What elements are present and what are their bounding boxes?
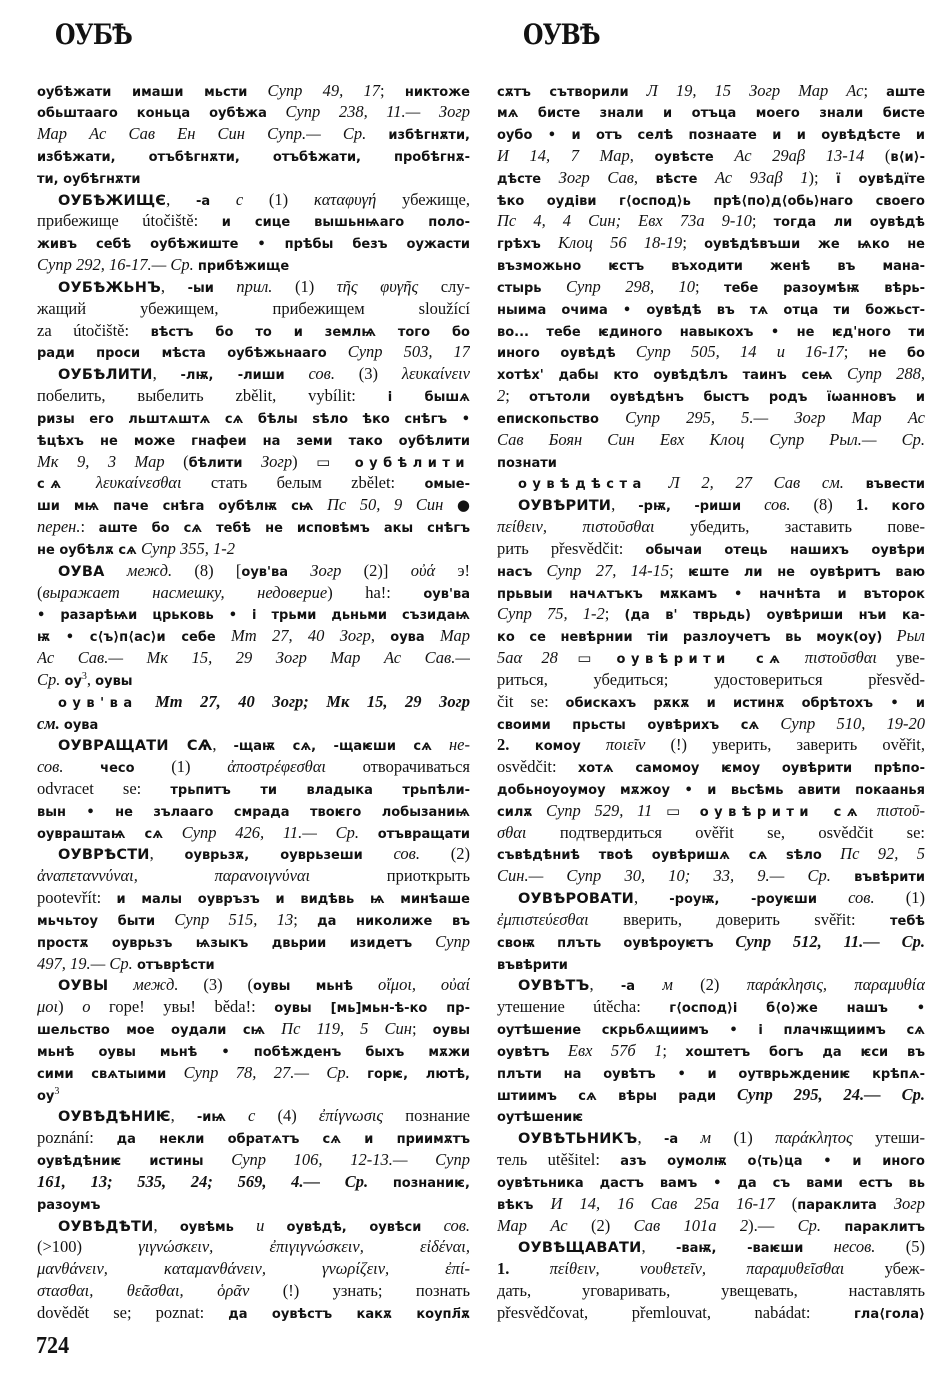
text-line: ОУБѢЖИЩЄ, -а с (1) καταφυγή убежище,: [37, 189, 470, 211]
gloss-text: (1): [272, 277, 336, 296]
gloss-text: (4): [255, 1106, 318, 1125]
gloss-text: odvracet se:: [37, 779, 170, 798]
text-line: ОУБѢЛИТИ, -лѭ, -лиши сов. (3) λευκαίνειν: [37, 363, 470, 385]
headword: ОУВѢДѢНИѤ: [58, 1109, 171, 1125]
slavonic-text: простѫ оуврьзъ ѩзыкъ двьрии изидетъ: [37, 936, 412, 951]
text-line: Мар Ас Сав Ен Син Супр.— Ср. избѣгнѫти,: [37, 123, 470, 145]
slavonic-text: азъ оумолѭ о⟨ть⟩ца • и иного: [620, 1154, 925, 1169]
source-siglum: Клоц 56 18-19: [541, 233, 682, 252]
slavonic-text: епископьство: [497, 412, 599, 427]
text-line: сѫтъ сътворили Л 19, 15 Зогр Мар Ас; ашт…: [497, 80, 925, 102]
slavonic-text: -а: [664, 1132, 678, 1147]
text-line: za útočiště: вѣстъ бо то и землѩ того бо: [37, 320, 470, 342]
text-line: Супр 292, 16-17.— Ср. прибѣжище: [37, 254, 470, 276]
source-siglum: Сав Боян Син Евх Клоц Супр Рыл.— Ср.: [497, 430, 925, 449]
slavonic-text: горѥ, лютѣ,: [367, 1067, 470, 1082]
text-line: 1. πείθειν, νουθετεῖν, παραμυθεῖσθαι убе…: [497, 1258, 925, 1280]
slavonic-text: вѣкъ: [497, 1198, 533, 1213]
gloss-text: слу-: [418, 277, 470, 296]
slavonic-text: ныима очима • оувѣдѣ въ тѧ отца ти божьс…: [497, 303, 925, 318]
slavonic-text: оувѣдѣниѥ истины: [37, 1154, 204, 1169]
source-siglum: Л 2, 27 Сав см.: [647, 473, 866, 492]
gloss-text: ,: [150, 844, 185, 863]
slavonic-text: чесо: [100, 761, 134, 776]
headword: ОУВА: [58, 564, 105, 580]
text-line: 5аα 28 ▭ оувѣрити сѧ πιστοῦσθαι уве-: [497, 647, 925, 669]
slavonic-text: -лѭ, -лиши: [181, 368, 285, 383]
text-line: πείθειν, πιστοῦσθαι убедить, заставить п…: [497, 516, 925, 538]
text-line: ѣко оудіви г⟨оспод⟩ь прѣ⟨по⟩д⟨обь⟩наго с…: [497, 189, 925, 211]
headword: ОУБѢЖЬНЪ: [58, 280, 161, 296]
source-siglum: Супр 355, 1-2: [137, 539, 235, 558]
slavonic-text: хоштетъ богъ да ѥси въ: [685, 1045, 925, 1060]
slavonic-text: аште бо сѧ тебѣ не исповѣмъ акы снѣгъ: [99, 521, 470, 536]
slavonic-text: не оубѣлѫ сѧ: [37, 543, 137, 558]
headword: ОУВѢЩАВАТИ: [518, 1240, 642, 1256]
slavonic-text: оувѣтьника дастъ вамъ • да съ вами естъ …: [497, 1176, 925, 1191]
source-siglum: Сав 101а 2: [634, 1216, 749, 1235]
bold-italic-reference: Супр 512, 11.— Ср.: [714, 932, 925, 951]
slavonic-text: стырь: [497, 281, 542, 296]
gloss-text: (8): [791, 495, 856, 514]
source-siglum: Зогр: [877, 1194, 925, 1213]
text-line: odvracet se: трьпитъ ти владыка трьпѣли-: [37, 778, 470, 800]
slavonic-text: ризы его льштѧштѧ сѧ бѣлы ѕѣло ѣко снѣгъ…: [37, 412, 470, 427]
gloss-text: ;: [844, 342, 869, 361]
source-siglum: 2: [497, 386, 505, 405]
source-siglum: 5аα 28: [497, 648, 577, 667]
slavonic-text: познати: [497, 456, 557, 471]
source-siglum: Зогр: [288, 561, 341, 580]
slavonic-text: прьвыи начѧтъкъ мѫкамъ • начнѣта и вътор…: [497, 587, 925, 602]
gloss-text: ,: [634, 888, 669, 907]
gloss-text: ,: [642, 1237, 676, 1256]
source-siglum: Супр: [412, 932, 470, 951]
slavonic-text: ѥште ли не оувѣритъ ваю: [688, 565, 925, 580]
gloss-text: ,: [87, 670, 95, 689]
greek-equivalent: πείθειν, νουθετεῖν, παραμυθεῖσθαι: [509, 1259, 844, 1278]
slavonic-text: сѫтъ сътворили: [497, 85, 629, 100]
gloss-text: osvědčit:: [497, 757, 578, 776]
slavonic-text: ти, оубѣгнѫти: [37, 172, 141, 187]
slavonic-text: • разарѣѩи црьковь • і трьми дьньми съзи…: [37, 608, 470, 623]
slavonic-text: иного оувѣдѣ: [497, 346, 616, 361]
text-line: оув'ва Мт 27, 40 Зогр; Мк 15, 29 Зогр: [37, 691, 470, 713]
slavonic-text: грѣхъ: [497, 237, 541, 252]
greek-equivalent: παράκλησις, παραμυθία: [747, 975, 925, 994]
slavonic-text: оувы мьнѣ: [253, 979, 353, 994]
slavonic-text: и малы оувръзъ и видѣвь ѩ минѣаше: [117, 892, 471, 907]
slavonic-text: штиимъ сѧ вѣры ради: [497, 1089, 716, 1104]
headword: ОУВРѢСТИ: [58, 847, 150, 863]
text-line: вѣкъ И 14, 16 Сав 25а 16-17 (параклита З…: [497, 1193, 925, 1215]
source-siglum: Евх 57б 1: [550, 1041, 663, 1060]
slavonic-text: вын • не зълааго смрада твоѥго лобызаниѩ: [37, 805, 470, 820]
text-line: ти, оубѣгнѫти: [37, 167, 470, 189]
slavonic-text: оувѣмь: [180, 1220, 234, 1235]
text-line: ѣцѣхъ не може гнафеи на земи тако оубѣли…: [37, 429, 470, 451]
source-siglum: Супр 505, 14 и 16-17: [616, 342, 844, 361]
gloss-text: ,: [589, 975, 620, 994]
gloss-text: (1): [875, 888, 925, 907]
text-line: μοι) о горе! увы! běda!: оувы [мь]мьн-ѣ-…: [37, 996, 470, 1018]
text-line: плъти на оувѣтъ • и оутврьждениѥ крѣпѧ-: [497, 1062, 925, 1084]
text-line: ко се невѣрнии тіи разлоучетъ вь моук(оу…: [497, 625, 925, 647]
gloss-text: рить přesvědčit:: [497, 539, 645, 558]
slavonic-text: оувы: [95, 674, 132, 689]
text-line: оувѣдѣста Л 2, 27 Сав см. въвести: [497, 472, 925, 494]
gloss-text: (: [165, 452, 189, 471]
text-line: мѧ бисте знали и отъца моего знали бисте: [497, 101, 925, 123]
gloss-text: ,: [371, 626, 390, 645]
slavonic-text: гла⟨гола⟩: [854, 1307, 925, 1322]
text-line: ОУВѢЩАВАТИ, -ваѭ, -ваѥши несов. (5): [497, 1236, 925, 1258]
slavonic-text: комоу: [509, 739, 580, 754]
bold-italic-reference: Мт 27, 40 Зогр; Мк 15, 29 Зогр: [138, 692, 470, 711]
text-line: ОУВѢДѢНИѤ, -иѩ с (4) ἐπίγνωσις познание: [37, 1105, 470, 1127]
greek-equivalent: πιστοῦ-: [863, 801, 925, 820]
gloss-text: (2)]: [341, 561, 410, 580]
source-siglum: сов.: [741, 495, 790, 514]
source-siglum: Супр 426, 11.— Ср.: [163, 823, 378, 842]
text-line: оувраштаѩ сѧ Супр 426, 11.— Ср. отъвраща…: [37, 822, 470, 844]
gloss-text: убежище,: [376, 190, 470, 209]
source-siglum: Пс 4, 4 Син; Евх 73а 9-10: [497, 211, 752, 230]
greek-equivalent: καταφυγή: [314, 190, 377, 209]
source-siglum: Ср.: [798, 1216, 845, 1235]
text-line: ОУВЫ межд. (3) (оувы мьнѣ οἴμοι, οὐαί: [37, 974, 470, 996]
source-siglum: Пс 92, 5: [822, 844, 925, 863]
source-siglum: Супр 78, 27.— Ср.: [166, 1063, 367, 1082]
text-line: ѭ • с⟨ъ⟩п⟨ас⟩и себе Мт 27, 40 Зогр, оува…: [37, 625, 470, 647]
source-siglum: межд.: [108, 975, 178, 994]
slavonic-text: ї оувѣдїте: [836, 172, 925, 187]
left-column: оубѣжати имаши мьсти Супр 49, 17; никтож…: [37, 80, 470, 1324]
source-siglum: И 14, 7 Мар: [497, 146, 630, 165]
text-line: въвѣрити: [497, 953, 925, 975]
headword: ОУВѢРОВАТИ: [518, 891, 634, 907]
source-siglum: Мк 9, 3 Мар: [37, 452, 165, 471]
text-line: своѭ плъть оувѣроуѥтъ Супр 512, 11.— Ср.: [497, 931, 925, 953]
gloss-text: ;: [380, 81, 405, 100]
gloss-text: :: [80, 517, 98, 536]
source-siglum: Мар Ас Сав Ен Син Супр.— Ср.: [37, 124, 388, 143]
figurative-bullet-icon: ●: [457, 496, 470, 514]
slavonic-text: оува: [390, 630, 424, 645]
slavonic-text: -ваѭ, -ваѥши: [676, 1241, 803, 1256]
gloss-text: (>100): [37, 1237, 138, 1256]
slavonic-text: кого: [868, 499, 925, 514]
text-line: см. оува: [37, 713, 470, 735]
source-siglum: Супр 298, 10: [542, 277, 696, 296]
gloss-text: (2): [568, 1216, 634, 1235]
source-siglum: Ас 93аβ 1: [697, 168, 808, 187]
spaced-form: оувѣрити сѧ: [680, 805, 863, 820]
text-line: утешение útěcha: г⟨оспод⟩і б⟨о⟩же нашъ •: [497, 996, 925, 1018]
page-number: 724: [36, 1334, 69, 1358]
source-siglum: прил.: [214, 277, 273, 296]
source-siglum: Пс 50, 9 Син: [313, 495, 457, 514]
text-line: оутѣшениѥ: [497, 1105, 925, 1127]
text-line: pootevřít: и малы оувръзъ и видѣвь ѩ мин…: [37, 887, 470, 909]
text-line: ОУВѢРИТИ, -рѭ, -риши сов. (8) 1. кого: [497, 494, 925, 516]
source-siglum: Л 19, 15 Зогр Мар Ас: [629, 81, 864, 100]
gloss-text: ,: [611, 495, 638, 514]
text-line: Пс 4, 4 Син; Евх 73а 9-10; тогда ли оувѣ…: [497, 210, 925, 232]
text-line: простѫ оуврьзъ ѩзыкъ двьрии изидетъ Супр: [37, 931, 470, 953]
text-line: стырь Супр 298, 10; тебе разоумѣѭ вѣрь-: [497, 276, 925, 298]
gloss-text: ): [292, 452, 316, 471]
derivative-box-icon: ▭: [577, 649, 591, 667]
slavonic-text: -щаѭ сѧ, -щаѥши сѧ: [234, 739, 432, 754]
slavonic-text: избѣгнѫти,: [388, 128, 470, 143]
text-line: 497, 19.— Ср. отъврѣсти: [37, 953, 470, 975]
gloss-text: прибежище útočiště:: [37, 211, 222, 230]
text-line: ОУВѢРОВАТИ, -роуѭ, -роуѥши сов. (1): [497, 887, 925, 909]
gloss-text: );: [808, 168, 836, 187]
text-line: сими свѧтыими Супр 78, 27.— Ср. горѥ, лю…: [37, 1062, 470, 1084]
text-line: στασθαι, θεᾶσθαι, ὁρᾶν (!) узнать; позна…: [37, 1280, 470, 1302]
source-siglum: Супр 75, 1-2: [497, 604, 605, 623]
slavonic-text: добьноуоумоу мѫжоу • и вьсѣмь авити пока…: [497, 783, 925, 798]
slavonic-text: ѭ • с⟨ъ⟩п⟨ас⟩и себе: [37, 630, 216, 645]
gloss-text: ;: [752, 211, 774, 230]
greek-equivalent: μανθάνειν, καταμανθάνειν, γνωρίζειν, ἐπί…: [37, 1259, 470, 1278]
text-line: Ср. оу3, оувы: [37, 669, 470, 691]
text-line: přesvědčovat, přemlouvat, nabádat: гла⟨г…: [497, 1302, 925, 1324]
text-line: И 14, 7 Мар, оувѣсте Ас 29аβ 13-14 (в⟨и⟩…: [497, 145, 925, 167]
sense-number: 1.: [856, 495, 868, 514]
gloss-text: ,: [171, 1106, 197, 1125]
greek-equivalent: οἴμοι, οὐαί: [353, 975, 470, 994]
running-head-left: ОУБѢ: [55, 15, 132, 55]
text-line: риться, убедиться; удостовериться přesvě…: [497, 669, 925, 691]
slavonic-text: хотѧ самомоу ѥмоу оувѣрити прѣпо-: [578, 761, 925, 776]
headword: ОУВѢТЪ: [518, 978, 589, 994]
slavonic-text: да оувѣстъ какѫ коупл҃ѫ: [228, 1307, 470, 1322]
source-siglum: Супр 510, 19-20: [759, 714, 925, 733]
text-line: оувѣдѣниѥ истины Супр 106, 12-13.— Супр: [37, 1149, 470, 1171]
source-siglum: не-: [432, 735, 470, 754]
gloss-text: убедить, заставить пове-: [655, 517, 925, 536]
source-siglum: Супр 295, 5.— Зогр Мар Ас: [599, 408, 925, 427]
text-line: ОУВРАЩАТИ СѦ, -щаѭ сѧ, -щаѥши сѧ не-: [37, 734, 470, 756]
gloss-text: ;: [293, 910, 317, 929]
text-line: osvědčit: хотѧ самомоу ѥмоу оувѣрити прѣ…: [497, 756, 925, 778]
source-siglum: сов.: [363, 844, 420, 863]
slavonic-text: мѧ бисте знали и отъца моего знали бисте: [497, 106, 925, 121]
text-line: дать, уговаривать, увещевать, наставлять: [497, 1280, 925, 1302]
text-line: Син.— Супр 30, 10; 33, 9.— Ср. въвѣрити: [497, 865, 925, 887]
bold-italic-reference: см.: [37, 714, 64, 733]
text-line: оувѣтьника дастъ вамъ • да съ вами естъ …: [497, 1171, 925, 1193]
source-siglum: с: [226, 1106, 255, 1125]
text-line: μανθάνειν, καταμανθάνειν, γνωρίζειν, ἐπί…: [37, 1258, 470, 1280]
text-line: прибежище útočiště: и сице вышьнѩаго пол…: [37, 210, 470, 232]
headword: ОУБѢЖИЩЄ: [58, 193, 166, 209]
slavonic-text: оувраштаѩ сѧ: [37, 827, 163, 842]
text-line: ἀναπεταννύναι, παρανοιγνύναι приоткрыть: [37, 865, 470, 887]
source-siglum: Мт 27, 40 Зогр: [216, 626, 371, 645]
slavonic-text: въвести: [866, 477, 925, 492]
source-siglum: 497, 19.— Ср.: [37, 954, 137, 973]
source-siglum: Ас 29аβ 13-14: [714, 146, 865, 165]
slavonic-text: г⟨оспод⟩і б⟨о⟩же нашъ •: [669, 1001, 925, 1016]
text-line: ОУВѢТЬНИКЪ, -а м (1) παράκλητος утеши-: [497, 1127, 925, 1149]
right-column: сѫтъ сътворили Л 19, 15 Зогр Мар Ас; ашт…: [497, 80, 925, 1324]
slavonic-text: аште: [886, 85, 925, 100]
text-line: ἐμπιστεύεσθαι вверить, доверить svěřit: …: [497, 909, 925, 931]
text-line: (выражает насмешку, недоверие) ha!: оув'…: [37, 582, 470, 604]
text-line: Мк 9, 3 Мар (бѣлити Зогр) ▭ оубѣлити: [37, 451, 470, 473]
source-siglum: несов.: [803, 1237, 875, 1256]
slavonic-text: ко се невѣрнии тіи разлоучетъ вь моук(оу…: [497, 630, 882, 645]
greek-equivalent: λευκαίνεσθαι: [67, 473, 182, 492]
text-line: епископьство Супр 295, 5.— Зогр Мар Ас: [497, 407, 925, 429]
slavonic-text: -роуѭ, -роуѥши: [669, 892, 817, 907]
source-siglum: Супр 49, 17: [247, 81, 380, 100]
sense-number: 1.: [497, 1259, 509, 1278]
text-line: хотѣх' дабы кто оувѣдѣлъ таинъ сеѩ Супр …: [497, 363, 925, 385]
gloss-text: pootevřít:: [37, 888, 117, 907]
slavonic-text: своѭ плъть оувѣроуѥтъ: [497, 936, 714, 951]
headword: ОУБѢЛИТИ: [58, 367, 153, 383]
text-line: грѣхъ Клоц 56 18-19; оувѣдѣвъши же ѩко н…: [497, 232, 925, 254]
gloss-text: ): [58, 997, 82, 1016]
slavonic-text: не бо: [869, 346, 925, 361]
gloss-text: čit se:: [497, 692, 566, 711]
source-siglum: межд.: [105, 561, 173, 580]
text-line: ОУВРѢСТИ, оуврьзѫ, оуврьзеши сов. (2): [37, 843, 470, 865]
gloss-text: poznání:: [37, 1128, 117, 1147]
gloss-text: dovědět se; poznat:: [37, 1303, 228, 1322]
headword: ОУВРАЩАТИ СѦ: [58, 738, 212, 754]
greek-equivalent: ἐμπιστεύεσθαι: [497, 910, 589, 929]
slavonic-text: въвѣрити: [497, 958, 568, 973]
slavonic-text: оува: [64, 718, 98, 733]
source-siglum: сов.: [817, 888, 875, 907]
spaced-form: оувѣдѣста: [518, 477, 647, 492]
slavonic-text: мьнѣ оувы мьнѣ • побѣжденъ быхъ мѫжи: [37, 1045, 470, 1060]
gloss-text: ;: [669, 561, 688, 580]
text-line: • разарѣѩи црьковь • і трьми дьньми съзи…: [37, 603, 470, 625]
text-line: съвѣдѣниѣ твоѣ оувѣришѧ сѧ ѕѣло Пс 92, 5: [497, 843, 925, 865]
source-siglum: с: [210, 190, 243, 209]
slavonic-text: ши мѩ паче снѣга оубѣлѭ сѩ: [37, 499, 313, 514]
source-siglum: и: [234, 1216, 287, 1235]
slavonic-text: възможьно ѥстъ въходити женѣ въ мана-: [497, 259, 925, 274]
slavonic-text: оувы: [433, 1023, 470, 1038]
source-siglum: Зогр Сав: [541, 168, 634, 187]
slavonic-text: тебѣ: [890, 914, 925, 929]
gloss-text: дать, уговаривать, увещевать, наставлять: [497, 1281, 925, 1300]
gloss-text: ) ha!:: [327, 583, 423, 602]
gloss-text: (1): [243, 190, 314, 209]
text-line: Сав Боян Син Евх Клоц Супр Рыл.— Ср.: [497, 429, 925, 451]
gloss-text: стать белым zbělet:: [182, 473, 425, 492]
greek-equivalent: σθαι: [497, 823, 527, 842]
gloss-text: э!: [435, 561, 470, 580]
greek-equivalent: ποιεῖν: [581, 735, 646, 754]
slavonic-text: дѣсте: [497, 172, 541, 187]
greek-equivalent: οὐά: [411, 561, 435, 580]
slavonic-text: оувѣдѣвъши же ѩко не: [704, 237, 925, 252]
greek-equivalent: στασθαι, θεᾶσθαι, ὁρᾶν: [37, 1281, 249, 1300]
slavonic-text: тогда ли оувѣдѣ: [774, 215, 925, 230]
text-line: жащий убежищем, прибежищем sloužící: [37, 298, 470, 320]
slavonic-text: -а: [196, 194, 210, 209]
text-line: poznání: да некли обратѧтъ сѧ и приимѫтъ: [37, 1127, 470, 1149]
gloss-text: уве-: [877, 648, 925, 667]
text-line: перен.: аште бо сѧ тебѣ не исповѣмъ акы …: [37, 516, 470, 538]
text-line: ОУВѢДѢТИ, оувѣмь и оувѣдѣ, оувѣси сов.: [37, 1215, 470, 1237]
gloss-text: ;: [505, 386, 529, 405]
text-line: Ас Сав.— Мк 15, 29 Зогр Мар Ас Сав.—: [37, 647, 470, 669]
gloss-text: риться, убедиться; удостовериться přesvě…: [497, 670, 925, 689]
text-line: мьнѣ оувы мьнѣ • побѣжденъ быхъ мѫжи: [37, 1040, 470, 1062]
gloss-text: тель utěšitel:: [497, 1150, 620, 1169]
source-siglum: Супр 27, 14-15: [532, 561, 669, 580]
text-line: познати: [497, 451, 925, 473]
slavonic-text: хотѣх' дабы кто оувѣдѣлъ таинъ сеѩ: [497, 368, 833, 383]
gloss-text: утешение útěcha:: [497, 997, 669, 1016]
gloss-text: ;: [695, 277, 724, 296]
text-line: прьвыи начѧтъкъ мѫкамъ • начнѣта и вътор…: [497, 582, 925, 604]
text-line: избѣжати, отъбѣгнѫти, отъбѣжати, пробѣгн…: [37, 145, 470, 167]
bold-italic-reference: 161, 13; 535, 24; 569, 4.— Ср.: [37, 1172, 393, 1191]
gloss-text: (1): [711, 1128, 775, 1147]
slavonic-text: бѣлити: [189, 456, 243, 471]
slavonic-text: ѣцѣхъ не може гнафеи на земи тако оубѣли…: [37, 434, 470, 449]
text-line: čit se: обискахъ рѫкѫ и истинѫ обрѣтохъ …: [497, 691, 925, 713]
gloss-text: ;: [682, 233, 704, 252]
text-line: не оубѣлѫ сѧ Супр 355, 1-2: [37, 538, 470, 560]
slavonic-text: і бышѧ: [388, 390, 470, 405]
greek-equivalent: μοι: [37, 997, 58, 1016]
slavonic-text: -рѭ, -риши: [638, 499, 741, 514]
slavonic-text: въвѣрити: [854, 870, 925, 885]
text-line: 161, 13; 535, 24; 569, 4.— Ср. познаниѥ,: [37, 1171, 470, 1193]
gloss-text: убеж-: [844, 1259, 925, 1278]
greek-equivalent: λευκαίνειν: [402, 364, 470, 383]
text-line: ныима очима • оувѣдѣ въ тѧ отца ти божьс…: [497, 298, 925, 320]
text-line: шельство мое оудали сѩ Пс 119, 5 Син; оу…: [37, 1018, 470, 1040]
text-line: ОУВА межд. (8) [оув'ва Зогр (2)] οὐά э!: [37, 560, 470, 582]
source-siglum: Супр 503, 17: [327, 342, 470, 361]
slavonic-text: никтоже: [405, 85, 470, 100]
gloss-text: ;: [863, 81, 886, 100]
text-line: оувѣтъ Евх 57б 1; хоштетъ богъ да ѥси въ: [497, 1040, 925, 1062]
slavonic-text: отъвращати: [378, 827, 470, 842]
text-line: ши мѩ паче снѣга оубѣлѭ сѩ Пс 50, 9 Син …: [37, 494, 470, 516]
slavonic-text: оу: [65, 674, 82, 689]
greek-equivalent: ἐπίγνωσις: [319, 1106, 383, 1125]
slavonic-text: съвѣдѣниѣ твоѣ оувѣришѧ сѧ ѕѣло: [497, 848, 822, 863]
source-siglum: сов.: [285, 364, 335, 383]
slavonic-text: оутѣшениѥ: [497, 1110, 583, 1125]
spaced-form: оув'ва: [58, 696, 138, 711]
gloss-text: (: [775, 1194, 798, 1213]
text-line: възможьно ѥстъ въходити женѣ въ мана-: [497, 254, 925, 276]
slavonic-text: оубо • и отъ селѣ познаате и и оувѣдѣсте…: [497, 128, 925, 143]
greek-equivalent: ἀναπεταννύναι, παρανοιγνύναι: [37, 866, 310, 885]
derivative-box-icon: ▭: [666, 802, 680, 820]
text-line: своими прьсты оувѣрихъ сѧ Супр 510, 19-2…: [497, 713, 925, 735]
slavonic-text: избѣжати, отъбѣгнѫти, отъбѣжати, пробѣгн…: [37, 150, 470, 165]
source-siglum: Супр 529, 11: [532, 801, 666, 820]
headword: ОУВѢДѢТИ: [58, 1219, 153, 1235]
gloss-text: побелить, выбелить zbělit, vybílit:: [37, 386, 388, 405]
